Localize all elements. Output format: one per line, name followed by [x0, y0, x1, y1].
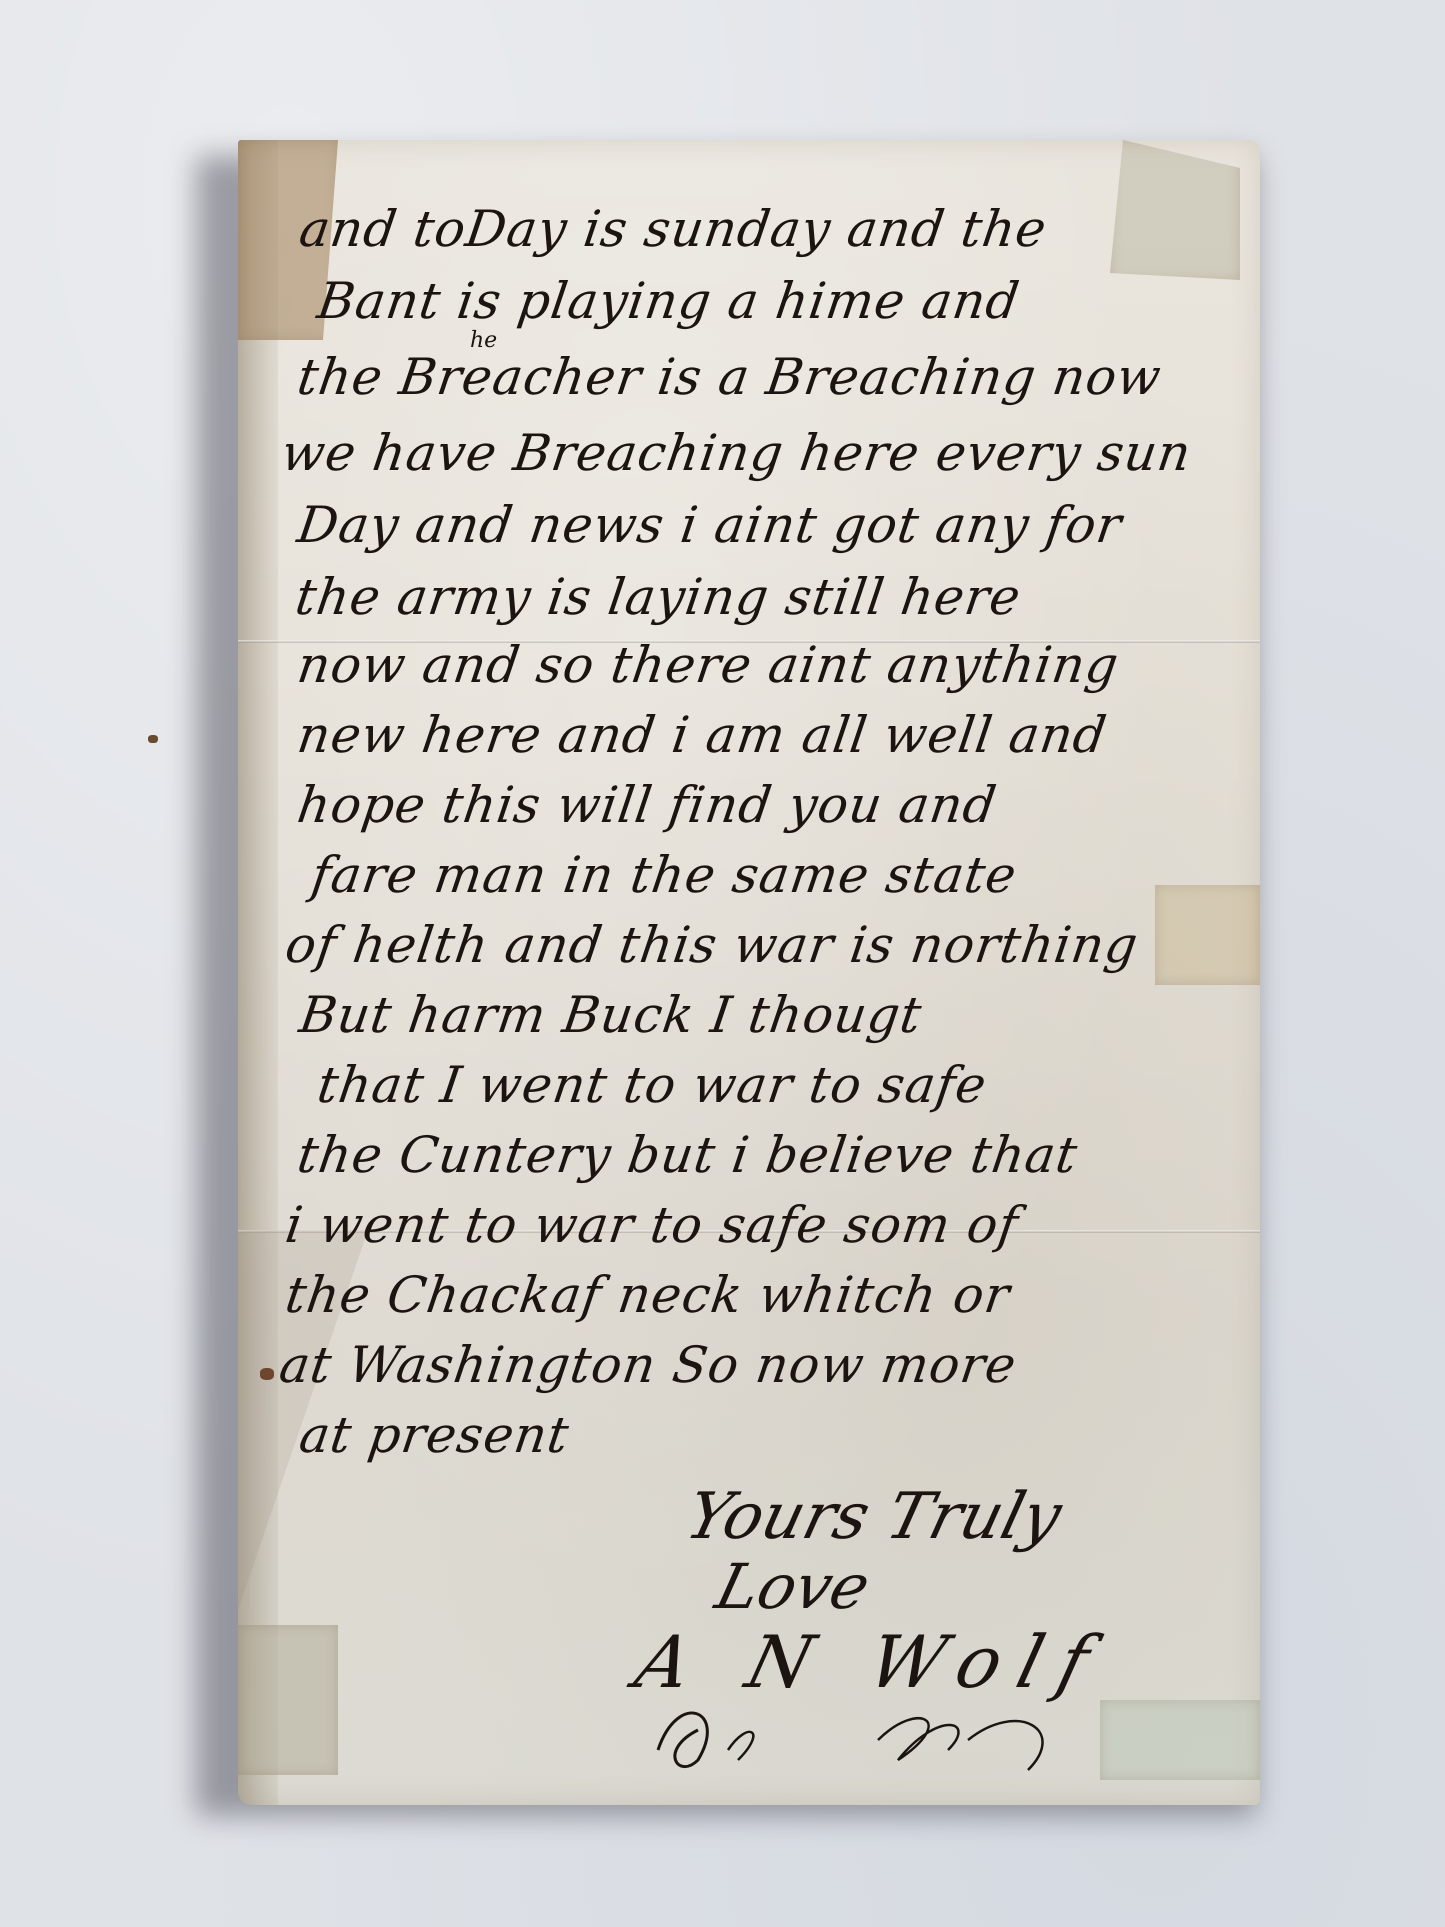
letter-line: But harm Buck I thougt [296, 986, 926, 1044]
closing-yours-truly: Yours Truly [679, 1480, 1069, 1554]
signature-flourish-icon [638, 1600, 1098, 1780]
letter-line: the Breacher is a Breaching now [294, 348, 1165, 406]
letter-line: at Washington So now more [276, 1336, 1020, 1394]
letter-line: at present [296, 1406, 573, 1464]
background-speck [148, 735, 158, 743]
tape-middle-right [1155, 885, 1260, 985]
tape-bottom-right [1100, 1700, 1260, 1780]
letter-line: the Chackaf neck whitch or [282, 1266, 1014, 1324]
letter-line: hope this will find you and [294, 776, 1001, 834]
letter-line: fare man in the same state [308, 846, 1021, 904]
tape-top-right [1110, 140, 1240, 280]
letter-line: i went to war to safe som of [282, 1196, 1022, 1254]
letter-line: we have Breaching here every sun [278, 424, 1195, 482]
stain-spot [260, 1368, 274, 1380]
letter-line: new here and i am all well and [294, 706, 1111, 764]
letter-line: Day and news i aint got any for [294, 496, 1126, 554]
letter-line: the army is laying still here [292, 568, 1025, 626]
letter-line: and toDay is sunday and the [296, 200, 1051, 258]
letter-line: the Cuntery but i believe that [294, 1126, 1081, 1184]
letter-line: that I went to war to safe [314, 1056, 991, 1114]
tape-bottom-left [238, 1625, 338, 1775]
letter-line: Bant is playing a hime and [314, 272, 1023, 330]
letter-line: of helth and this war is northing [282, 916, 1142, 974]
letter-page: and toDay is sunday and the Bant is play… [238, 140, 1260, 1805]
letter-line: now and so there aint anything [294, 636, 1123, 694]
